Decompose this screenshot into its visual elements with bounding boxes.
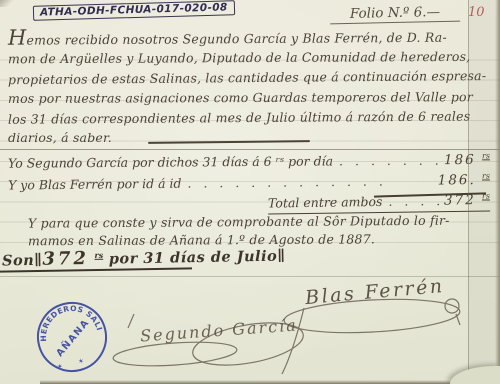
closing-line: Y para que conste y sirva de comprobante… <box>28 212 498 230</box>
svg-text:HEREDEROS SALINAS: HEREDEROS SALINAS <box>17 286 104 349</box>
manuscript-line: diarios, á saber. <box>8 129 500 147</box>
slash-mark: ∥ <box>277 248 285 265</box>
paper-right-edge <box>495 0 500 384</box>
stamp-ring-text: HEREDEROS SALINAS <box>17 286 104 349</box>
document-page: ATHA-ODH-FCHUA-017-020-08 Folio N.º 6.— … <box>0 0 500 384</box>
signature-segundo-garcia: Segundo García <box>140 316 299 346</box>
folio-label: Folio N.º 6.— <box>330 4 460 25</box>
total-note-amount: 372 <box>42 248 89 270</box>
currency-unit: rs <box>94 250 103 260</box>
account-entry-segundo: Yo Segundo García por dichos 31 días á 6… <box>8 151 490 171</box>
manuscript-line: mos por nuestras asignaciones como Guard… <box>8 88 500 108</box>
total-note-suffix: por 31 días de Julio <box>109 248 278 268</box>
signature-blas-ferren: Blas Ferrén <box>304 275 445 309</box>
community-stamp: HEREDEROS SALINAS AÑANA ✶✶ <box>17 286 126 384</box>
entry-label: Yo Segundo García por dichos 31 días á 6… <box>8 153 333 170</box>
entry-label: Y yo Blas Ferrén por id á id <box>8 175 182 192</box>
manuscript-line: los 31 días correspondientes al mes de J… <box>8 107 500 128</box>
total-line: Total entre ambos . . . . 372 rs <box>268 191 490 214</box>
paper-crease <box>0 149 500 150</box>
leader-dots: . . . . <box>382 193 444 209</box>
paper-corner-shadow <box>0 0 14 7</box>
leader-dots: . . . . . . . <box>333 152 444 168</box>
total-note: Son∥372 rs por 31 días de Julio∥ <box>2 245 286 271</box>
manuscript-line: propietarios de estas Salinas, las canti… <box>8 67 500 89</box>
account-entry-blas: Y yo Blas Ferrén por id á id . . . . . .… <box>8 171 490 193</box>
paper-corner-curl <box>450 366 500 384</box>
leader-dots: . . . . . . . . . . . . . <box>181 173 437 191</box>
total-label: Total entre ambos <box>268 193 383 210</box>
stamp-center-text: AÑANA <box>54 317 92 359</box>
manuscript-line: mon de Argüelles y Luyando, Diputado de … <box>8 48 500 69</box>
archive-reference-code: ATHA-ODH-FCHUA-017-020-08 <box>33 0 235 21</box>
manuscript-line: Hemos recibido nosotros Segundo García y… <box>8 25 500 49</box>
paper-bottom-edge <box>40 380 500 384</box>
total-note-prefix: Son <box>2 252 34 270</box>
